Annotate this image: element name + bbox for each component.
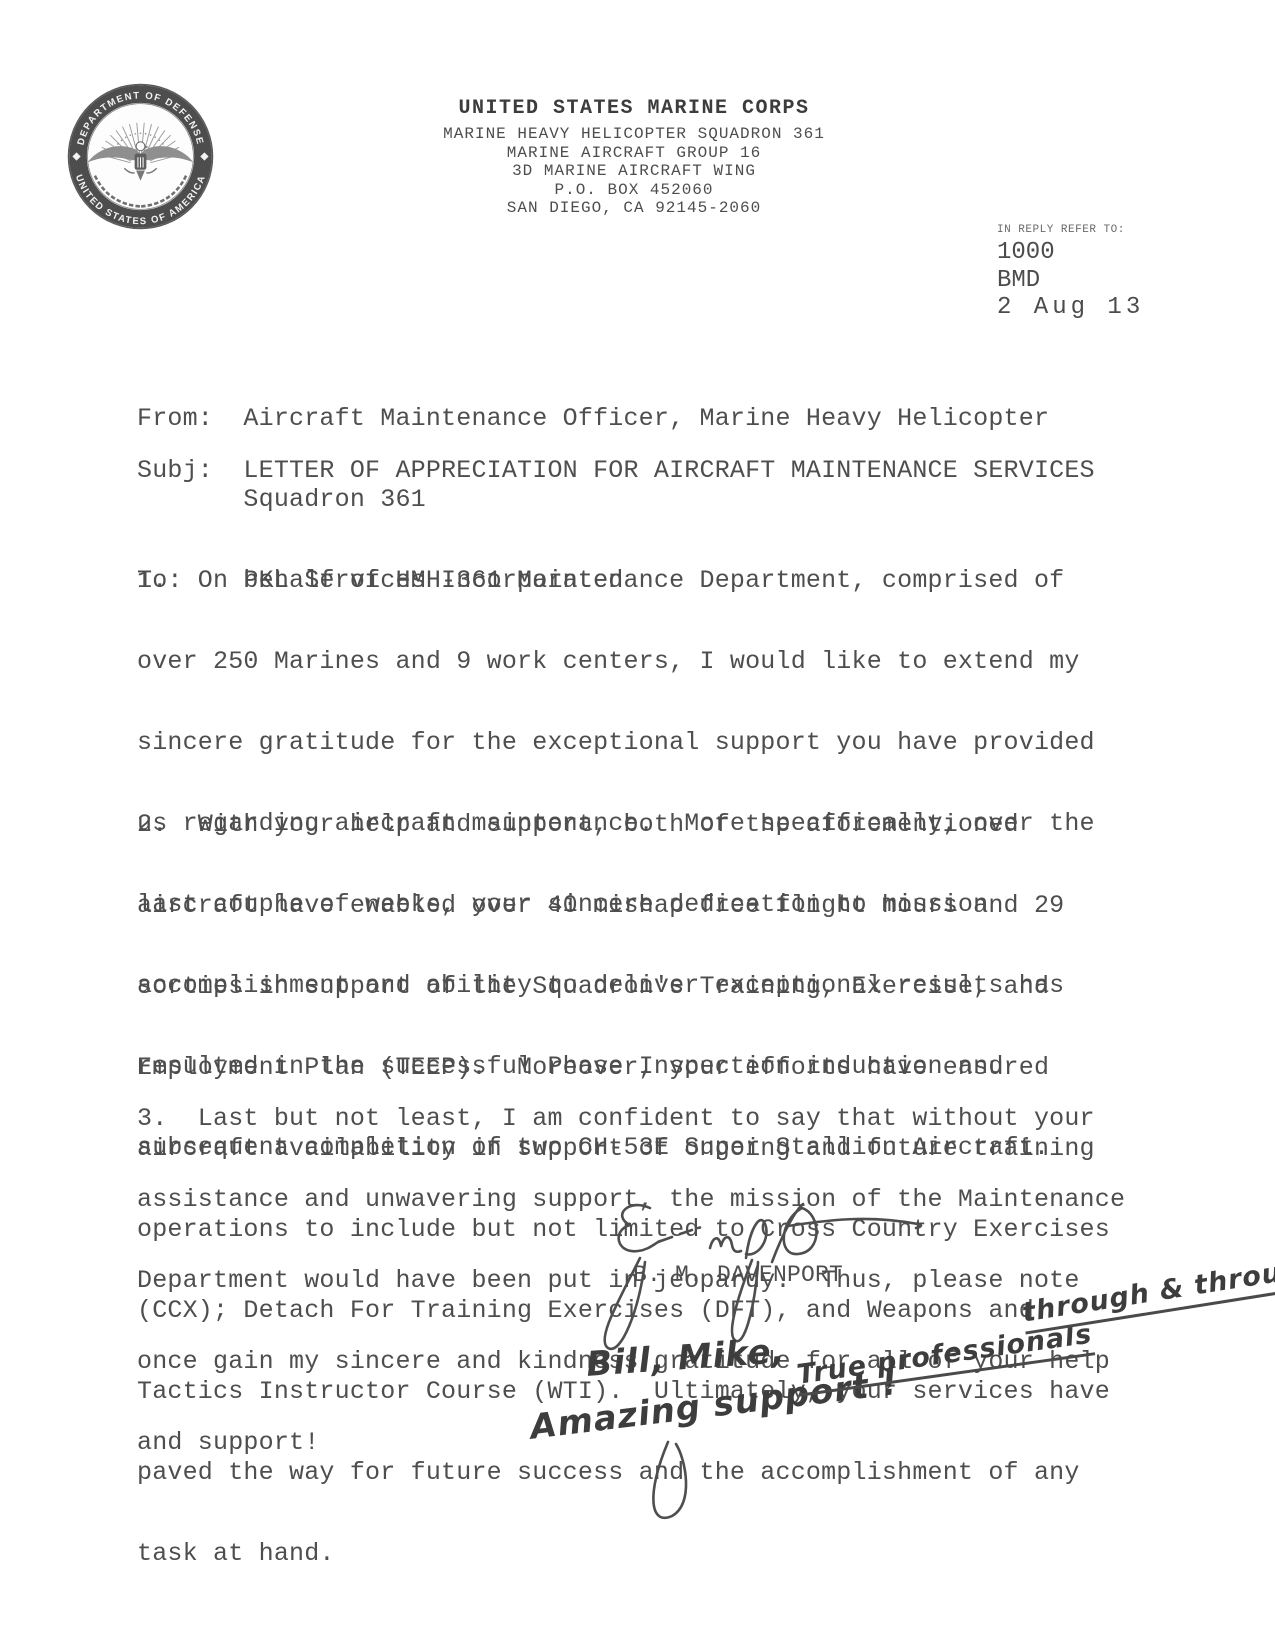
body-line: 1. On behalf of HMH-361 Maintenance Depa…: [137, 567, 1095, 594]
body-line: over 250 Marines and 9 work centers, I w…: [137, 648, 1095, 675]
body-line: task at hand.: [137, 1540, 1110, 1567]
reference-originator-code: BMD: [997, 267, 1144, 295]
letterhead-title: UNITED STATES MARINE CORPS: [334, 97, 934, 120]
body-line: aircraft have enabled over 40 mishap fre…: [137, 892, 1110, 919]
letter-page: DEPARTMENT OF DEFENSE UNITED STATES OF A…: [0, 0, 1275, 1650]
reference-code: 1000: [997, 239, 1144, 267]
department-of-defense-seal-icon: DEPARTMENT OF DEFENSE UNITED STATES OF A…: [67, 83, 214, 230]
subject-line: Subj: LETTER OF APPRECIATION FOR AIRCRAF…: [137, 457, 1095, 484]
letter-date: 2 Aug 13: [997, 294, 1144, 322]
reply-reference-label: IN REPLY REFER TO:: [997, 224, 1144, 236]
letterhead-line: MARINE HEAVY HELICOPTER SQUADRON 361: [334, 125, 934, 144]
body-line: sincere gratitude for the exceptional su…: [137, 729, 1095, 756]
reply-reference-block: IN REPLY REFER TO: 1000 BMD 2 Aug 13: [997, 224, 1144, 322]
letterhead: UNITED STATES MARINE CORPS MARINE HEAVY …: [334, 97, 934, 218]
letterhead-line: MARINE AIRCRAFT GROUP 16: [334, 144, 934, 163]
body-line: sorties in support of the Squadron's Tra…: [137, 973, 1110, 1000]
letterhead-line: 3D MARINE AIRCRAFT WING: [334, 162, 934, 181]
signer-typed-name: B. M. DAVENPORT: [633, 1262, 843, 1289]
letterhead-line: SAN DIEGO, CA 92145-2060: [334, 199, 934, 218]
from-line: From: Aircraft Maintenance Officer, Mari…: [137, 405, 1049, 432]
from-line-wrap: Squadron 361: [137, 486, 1049, 513]
body-line: 2. With your help and support, both of t…: [137, 811, 1110, 838]
body-line: 3. Last but not least, I am confident to…: [137, 1105, 1125, 1132]
letterhead-line: P.O. BOX 452060: [334, 181, 934, 200]
